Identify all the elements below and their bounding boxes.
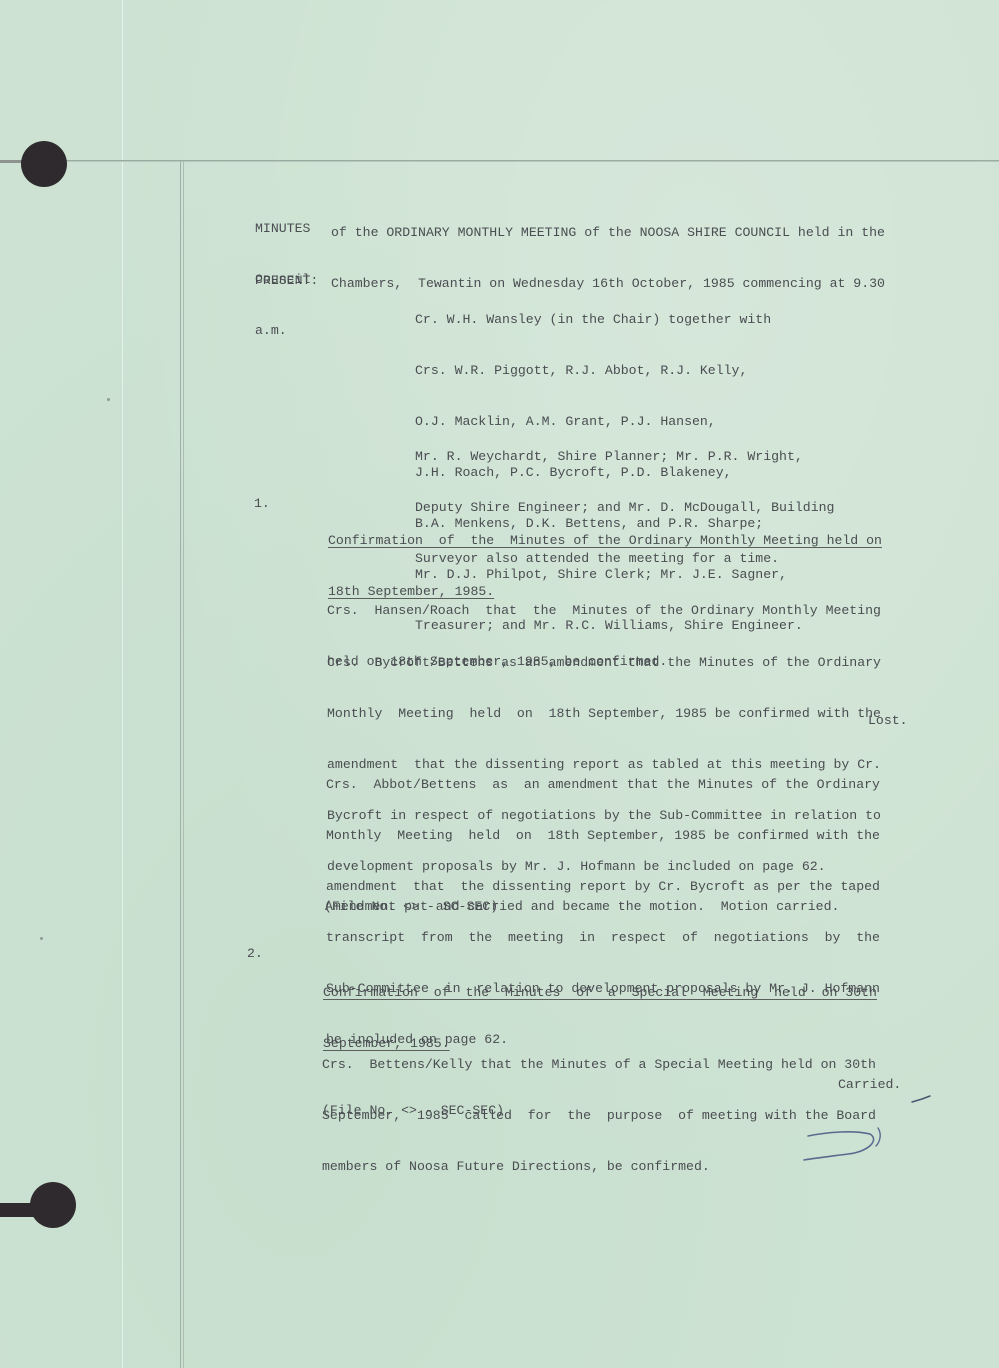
item-heading-line: Confirmation of the Minutes of a Special…	[323, 984, 877, 1001]
present-label: PRESENT:	[255, 272, 318, 289]
file-number: (File No. <> - SEC-SEC)	[322, 1102, 504, 1119]
top-border-rule	[0, 160, 999, 162]
title-label-line: MINUTES	[255, 220, 310, 237]
result-carried: Carried.	[838, 1076, 901, 1093]
paragraph-line: Monthly Meeting held on 18th September, …	[327, 705, 881, 722]
paragraph-line: Crs. Abbot/Bettens as an amendment that …	[326, 776, 880, 793]
paragraph-line: Crs. Hansen/Roach that the Minutes of th…	[327, 602, 881, 619]
left-margin-rule	[180, 161, 184, 1368]
item-number: 2.	[247, 945, 263, 962]
attendee-line: Crs. W.R. Piggott, R.J. Abbot, R.J. Kell…	[415, 362, 803, 379]
initials-signature-icon	[798, 1122, 898, 1172]
paper-speck	[40, 937, 43, 940]
title-line: of the ORDINARY MONTHLY MEETING of the N…	[331, 224, 885, 241]
punch-hole-edge-bottom	[0, 1203, 34, 1217]
paper-fold-line	[122, 0, 123, 1368]
punch-hole-bottom-icon	[30, 1182, 76, 1228]
pen-tick-icon	[910, 1094, 932, 1104]
attendee-line: Cr. W.H. Wansley (in the Chair) together…	[415, 311, 803, 328]
punch-hole-top-icon	[21, 141, 67, 187]
paragraph-line: Crs. Bettens/Kelly that the Minutes of a…	[322, 1056, 876, 1073]
result-lost: Lost.	[868, 712, 908, 729]
paragraph-line: Crs. Bycroft/Bettens as an amendment tha…	[327, 654, 881, 671]
title-label: MINUTES Council a.m.	[255, 186, 310, 356]
also-attended-line: Mr. R. Weychardt, Shire Planner; Mr. P.R…	[415, 448, 834, 465]
item-heading-line: Confirmation of the Minutes of the Ordin…	[328, 532, 882, 549]
paragraph-line: members of Noosa Future Directions, be c…	[322, 1158, 876, 1175]
item-number: 1.	[254, 495, 270, 512]
paragraph-line: Monthly Meeting held on 18th September, …	[326, 827, 880, 844]
file-number: (File No. <> - SC-SEC)	[324, 898, 498, 915]
paper-speck	[107, 398, 110, 401]
title-label-line: a.m.	[255, 322, 310, 339]
